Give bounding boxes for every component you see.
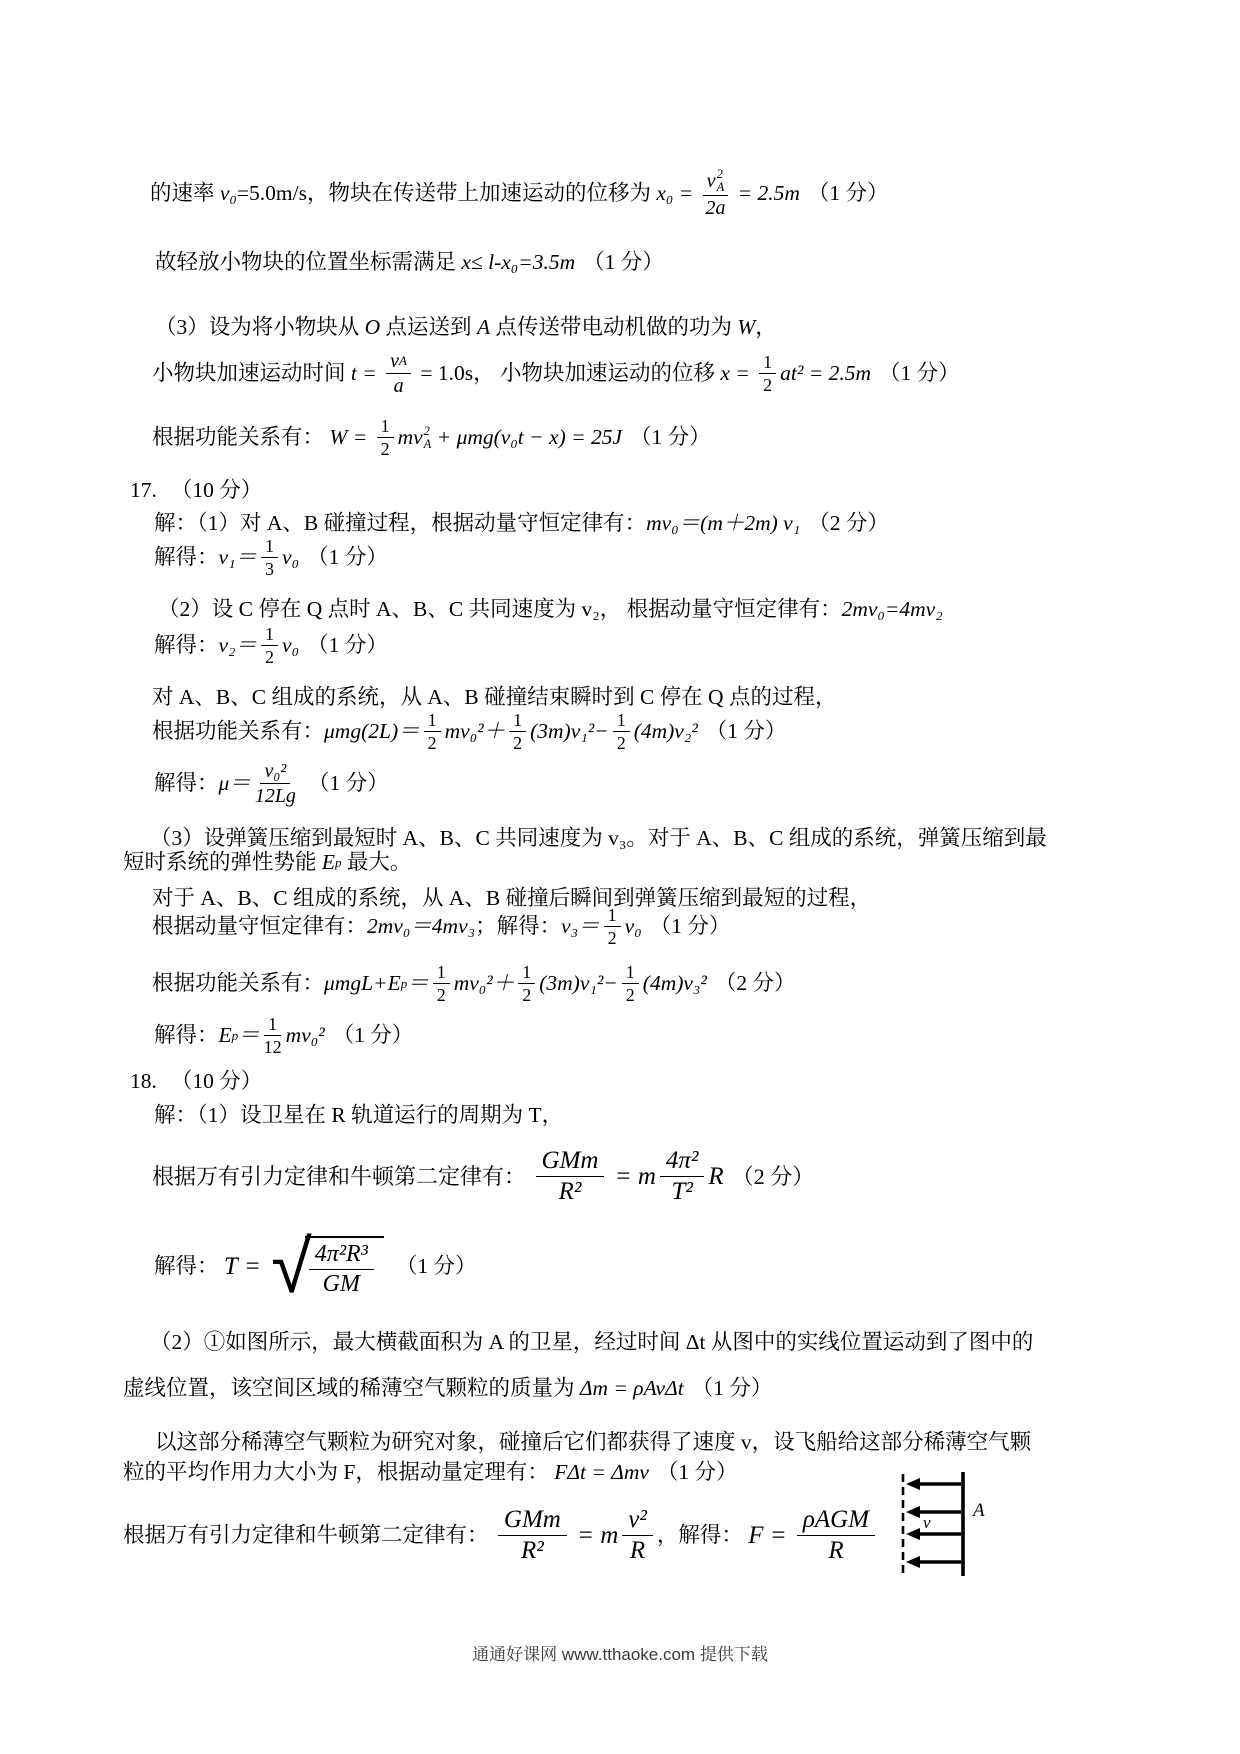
fraction: 12 xyxy=(759,352,776,395)
math-run: E xyxy=(219,1021,232,1050)
fraction: 13 xyxy=(261,536,278,579)
score-label: （1 分） xyxy=(692,1374,773,1403)
frac-num: vA xyxy=(386,350,411,374)
score-label: （1 分） xyxy=(333,1021,414,1050)
fraction: 112 xyxy=(264,1014,282,1057)
text-run: 粒的平均作用力大小为 F，根据动量定理有： xyxy=(123,1458,554,1487)
frac-num: ρAGM xyxy=(797,1506,875,1536)
text-run: 点传送带电动机做的功为 xyxy=(490,313,737,342)
frac-den: 2 xyxy=(265,646,274,667)
math-run: v xyxy=(390,350,399,372)
math-run: A xyxy=(477,313,490,342)
math-run: = xyxy=(730,359,755,388)
math-run: x xyxy=(720,359,730,388)
frac-den: R xyxy=(624,1536,651,1565)
frac-num: 1 xyxy=(622,962,639,984)
math-run: x≤ l-x₀=3.5m xyxy=(461,248,575,277)
math-run: Δm = ρAvΔt xyxy=(580,1374,684,1403)
satellite-drag-diagram: v A xyxy=(893,1470,1003,1578)
subscript: A xyxy=(717,181,725,194)
math-run: (3m)v₁²− xyxy=(530,717,609,746)
frac-num: 1 xyxy=(264,1014,281,1036)
line-q18-part1: 解：（1）设卫星在 R 轨道运行的周期为 T， xyxy=(154,1101,563,1130)
math-run: m xyxy=(600,1519,618,1553)
fraction: 12 xyxy=(518,962,535,1005)
line-q17-header: 17.（10 分） xyxy=(130,476,262,505)
score-label: （2 分） xyxy=(732,1162,815,1192)
fraction: ρAGMR xyxy=(797,1506,875,1565)
line-q18-particles-a: 以这部分稀薄空气颗粒为研究对象，碰撞后它们都获得了速度 v，设飞船给这部分稀薄空… xyxy=(155,1428,1031,1457)
math-run: mv₀＝(m＋2m) v₁ xyxy=(646,509,800,538)
text-run: 根据万有引力定律和牛顿第二定律有： xyxy=(152,1162,532,1192)
math-run: FΔt = Δmv xyxy=(554,1458,649,1487)
frac-num: 1 xyxy=(604,905,621,927)
frac-den: 2 xyxy=(437,984,446,1005)
document-page: 的速率 v₀=5.0m/s，物块在传送带上加速运动的位移为 x₀ = v2A2a… xyxy=(0,0,1240,1754)
fraction: vAa xyxy=(386,350,411,398)
line-q17-v3-result: 根据动量守恒定律有：2mv₀＝4mv₃；解得：v₃＝12v₀（1 分） xyxy=(152,905,730,948)
score-label: （2 分） xyxy=(808,509,889,538)
frac-num: 1 xyxy=(518,962,535,984)
fraction: 12 xyxy=(377,416,394,459)
frac-num: GMm xyxy=(536,1147,605,1177)
frac-den: 2 xyxy=(428,732,437,753)
frac-num: 1 xyxy=(613,710,630,732)
math-run: + xyxy=(431,423,456,452)
frac-num: 1 xyxy=(424,710,441,732)
fraction: 12 xyxy=(622,962,639,1005)
text-run: 根据动量守恒定律有： xyxy=(152,912,367,941)
superscript: 2 xyxy=(424,425,430,438)
score-label: （10 分） xyxy=(171,1067,262,1096)
frac-num: v² xyxy=(622,1506,653,1536)
frac-den: R² xyxy=(553,1177,588,1206)
text-run: 解得： xyxy=(154,1252,224,1281)
subscript: A xyxy=(399,354,407,369)
fraction: 4π²T² xyxy=(660,1147,705,1206)
diagram-canvas xyxy=(893,1470,1003,1578)
fraction: 12 xyxy=(604,905,621,948)
line-q18-gravity-eq: 根据万有引力定律和牛顿第二定律有： GMmR² = m4π²T²R（2 分） xyxy=(152,1147,814,1206)
math-run: (4m)v₃² xyxy=(643,969,707,998)
frac-den: R xyxy=(822,1536,849,1565)
fraction: 12 xyxy=(261,624,278,667)
frac-num: 1 xyxy=(509,710,526,732)
math-run: (3m)v₁²− xyxy=(539,969,618,998)
line-q18-mass-eq: 虚线位置，该空间区域的稀薄空气颗粒的质量为 Δm = ρAvΔt（1 分） xyxy=(123,1374,772,1403)
math-run: v₀ xyxy=(282,543,299,572)
math-run: (4m)v₂² xyxy=(634,717,698,746)
score-label: （2 分） xyxy=(715,969,796,998)
text-run: 根据功能关系有： xyxy=(152,717,324,746)
score-label: （1 分） xyxy=(657,1458,738,1487)
frac-den: T² xyxy=(665,1177,698,1206)
math-run: v₂＝ xyxy=(219,631,258,660)
math-run: mv₀²＋ xyxy=(454,969,515,998)
fraction: v2A2a xyxy=(703,168,729,220)
fraction: 12 xyxy=(509,710,526,753)
fraction: 12 xyxy=(433,962,450,1005)
math-run: mv₀²＋ xyxy=(445,717,506,746)
frac-den: 2 xyxy=(763,374,772,395)
line-velocity-displacement: 的速率 v₀=5.0m/s，物块在传送带上加速运动的位移为 x₀ = v2A2a… xyxy=(150,168,889,220)
text-run: 对 A、B、C 组成的系统，从 A、B 碰撞结束瞬时到 C 停在 Q 点的过程， xyxy=(152,683,836,712)
frac-num: v2A xyxy=(703,168,729,196)
text-run: 解得： xyxy=(154,543,219,572)
score-label: （1 分） xyxy=(307,543,388,572)
math-run: μmgL+ xyxy=(324,969,388,998)
text-run: 小物块加速运动时间 xyxy=(152,359,351,388)
line-q18-momentum-eq: 粒的平均作用力大小为 F，根据动量定理有： FΔt = Δmv（1 分） xyxy=(123,1458,738,1487)
math-run: E xyxy=(322,848,335,877)
frac-num: 4π²R³ xyxy=(309,1241,374,1270)
text-run: = 1.0s， 小物块加速运动的位移 xyxy=(415,359,720,388)
score-label: （1 分） xyxy=(879,359,960,388)
text-run: 根据功能关系有： xyxy=(152,969,324,998)
math-run: v₀ xyxy=(282,631,299,660)
square-root: √4π²R³GM xyxy=(271,1236,384,1298)
score-label: （10 分） xyxy=(171,476,262,505)
math-run: mv xyxy=(398,423,423,452)
frac-den: 2 xyxy=(522,984,531,1005)
text-run: 解得： xyxy=(154,769,219,798)
line-q17-mu-result: 解得：μ＝v₀²12Lg（1 分） xyxy=(154,760,389,808)
fraction: v₀²12Lg xyxy=(255,760,296,808)
fraction: 12 xyxy=(424,710,441,753)
math-run: W xyxy=(737,313,755,342)
math-run: x₀ xyxy=(656,179,673,208)
math-run: v₀ xyxy=(220,179,237,208)
subscript: A xyxy=(424,438,432,451)
line-q18-header: 18.（10 分） xyxy=(130,1067,262,1096)
line-part3-setup: （3）设为将小物块从 O 点运送到 A 点传送带电动机做的功为 W， xyxy=(155,313,777,342)
line-q17-part2: （2）设 C 停在 Q 点时 A、B、C 共同速度为 v₂， 根据动量守恒定律有… xyxy=(158,595,943,624)
score-label: （1 分） xyxy=(307,631,388,660)
sup-sub-stack: 2A xyxy=(424,425,432,451)
text-run: 根据万有引力定律和牛顿第二定律有： xyxy=(123,1521,494,1550)
line-work-energy: 根据功能关系有： W = 12mv2A + μmg(v₀t − x) = 25J… xyxy=(152,416,711,459)
math-run: = 2.5m xyxy=(732,179,800,208)
sqrt-body: 4π²R³GM xyxy=(305,1236,384,1298)
frac-num: 4π² xyxy=(660,1147,705,1177)
frac-den: 3 xyxy=(265,558,274,579)
math-run: μmg(v₀t − x) = 25J xyxy=(457,423,622,452)
frac-den: 12Lg xyxy=(255,784,296,807)
line-accel-time: 小物块加速运动时间 t = vAa = 1.0s， 小物块加速运动的位移 x =… xyxy=(152,350,960,398)
math-run: = xyxy=(673,179,698,208)
math-run: ＝ xyxy=(238,1021,260,1050)
fraction: 4π²R³GM xyxy=(309,1241,374,1298)
velocity-arrows xyxy=(906,1478,961,1568)
fraction: v²R xyxy=(622,1506,653,1565)
line-q18-force-result: 根据万有引力定律和牛顿第二定律有： GMmR² = mv²R，解得： F = ρ… xyxy=(123,1506,879,1565)
line-position-condition: 故轻放小物块的位置坐标需满足 x≤ l-x₀=3.5m（1 分） xyxy=(155,248,664,277)
text-run: ；解得： xyxy=(475,912,561,941)
area-label: A xyxy=(973,1500,985,1522)
math-run: at² xyxy=(780,359,803,388)
score-label: （1 分） xyxy=(630,423,711,452)
line-q17-v1-result: 解得：v₁＝13v₀（1 分） xyxy=(154,536,388,579)
line-q17-system-abc: 对 A、B、C 组成的系统，从 A、B 碰撞结束瞬时到 C 停在 Q 点的过程， xyxy=(152,683,836,712)
math-run: F xyxy=(748,1519,763,1553)
line-q17-part3b: 短时系统的弹性势能 Ep 最大。 xyxy=(123,848,411,877)
text-run: ， xyxy=(755,313,777,342)
math-run: = xyxy=(347,423,372,452)
frac-num: 1 xyxy=(759,352,776,374)
text-run: 解：（1）对 A、B 碰撞过程，根据动量守恒定律有： xyxy=(154,509,646,538)
line-q18-part2a: （2）①如图所示，最大横截面积为 A 的卫星，经过时间 Δt 从图中的实线位置运… xyxy=(150,1328,1033,1357)
frac-num: v₀² xyxy=(260,760,290,784)
text-run: （2）设 C 停在 Q 点时 A、B、C 共同速度为 v₂， 根据动量守恒定律有… xyxy=(158,595,842,624)
math-run: m xyxy=(638,1160,656,1194)
score-label: （1 分） xyxy=(308,769,389,798)
math-run: = xyxy=(571,1519,600,1553)
line-q17-ep-eq: 根据功能关系有：μmgL+Ep＝12mv₀²＋12(3m)v₁²−12(4m)v… xyxy=(152,962,796,1005)
fraction: 12 xyxy=(613,710,630,753)
frac-num: 1 xyxy=(261,624,278,646)
math-run: = xyxy=(357,359,382,388)
math-run: 2mv₀=4mv₂ xyxy=(842,595,943,624)
math-run: 2mv₀＝4mv₃ xyxy=(367,912,475,941)
text-run: 故轻放小物块的位置坐标需满足 xyxy=(155,248,461,277)
score-label: （1 分） xyxy=(808,179,889,208)
text-run: 根据功能关系有： xyxy=(152,423,329,452)
text-run: =5.0m/s，物块在传送带上加速运动的位移为 xyxy=(237,179,656,208)
math-run: mv₀² xyxy=(286,1021,325,1050)
line-q17-part1: 解：（1）对 A、B 碰撞过程，根据动量守恒定律有：mv₀＝(m＋2m) v₁（… xyxy=(154,509,889,538)
text-run: 以这部分稀薄空气颗粒为研究对象，碰撞后它们都获得了速度 v，设飞船给这部分稀薄空… xyxy=(155,1428,1031,1457)
math-run: W xyxy=(329,423,347,452)
frac-num: 1 xyxy=(261,536,278,558)
footer-watermark: 通通好课网 www.tthaoke.com 提供下载 xyxy=(0,1640,1240,1665)
line-q18-period-result: 解得： T = √4π²R³GM（1 分） xyxy=(154,1236,477,1298)
frac-num: GMm xyxy=(498,1506,567,1536)
math-run: = 2.5m xyxy=(803,359,871,388)
frac-den: 12 xyxy=(264,1036,282,1057)
text-run: 点运送到 xyxy=(380,313,477,342)
line-q17-energy-eq: 根据功能关系有：μmg(2L)＝12mv₀²＋12(3m)v₁²−12(4m)v… xyxy=(152,710,786,753)
score-label: （1 分） xyxy=(650,912,731,941)
frac-den: 2 xyxy=(608,927,617,948)
text-run: （3）设为将小物块从 xyxy=(155,313,365,342)
line-q17-ep-result: 解得：Ep＝112mv₀²（1 分） xyxy=(154,1014,413,1057)
frac-num: 1 xyxy=(377,416,394,438)
text-run: 短时系统的弹性势能 xyxy=(123,848,322,877)
frac-den: 2a xyxy=(705,196,725,219)
math-run: μmg(2L)＝ xyxy=(324,717,420,746)
math-run: v₁＝ xyxy=(219,543,258,572)
text-run: 最大。 xyxy=(342,848,412,877)
math-run: T xyxy=(224,1250,238,1284)
text-run: 解得： xyxy=(154,1021,219,1050)
question-number: 18. xyxy=(130,1067,157,1096)
math-run: ＝ xyxy=(407,969,429,998)
fraction: GMmR² xyxy=(498,1506,567,1565)
math-run: O xyxy=(365,313,381,342)
math-run: = xyxy=(238,1250,267,1284)
velocity-label: v xyxy=(923,1513,931,1533)
math-run: v₀ xyxy=(625,912,642,941)
frac-den: GM xyxy=(317,1270,366,1298)
text-run: 解得： xyxy=(154,631,219,660)
question-number: 17. xyxy=(130,476,157,505)
frac-num: 1 xyxy=(433,962,450,984)
text-run: ，解得： xyxy=(657,1521,748,1550)
fraction: GMmR² xyxy=(536,1147,605,1206)
math-run: R xyxy=(708,1160,723,1194)
frac-den: R² xyxy=(515,1536,550,1565)
score-label: （1 分） xyxy=(583,248,664,277)
frac-den: 2 xyxy=(513,732,522,753)
math-run: v xyxy=(707,170,716,192)
text-run: 解：（1）设卫星在 R 轨道运行的周期为 T， xyxy=(154,1101,563,1130)
line-q17-v2-result: 解得：v₂＝12v₀（1 分） xyxy=(154,624,388,667)
frac-den: 2 xyxy=(381,438,390,459)
math-run: = xyxy=(764,1519,793,1553)
text-run: （2）①如图所示，最大横截面积为 A 的卫星，经过时间 Δt 从图中的实线位置运… xyxy=(150,1328,1033,1357)
text-run: 的速率 xyxy=(150,179,220,208)
score-label: （1 分） xyxy=(706,717,787,746)
math-run: μ＝ xyxy=(219,769,251,798)
math-run: E xyxy=(388,969,401,998)
frac-den: 2 xyxy=(626,984,635,1005)
sup-sub-stack: 2A xyxy=(717,168,725,194)
math-run: v₃＝ xyxy=(561,912,600,941)
frac-den: 2 xyxy=(617,732,626,753)
text-run: 虚线位置，该空间区域的稀薄空气颗粒的质量为 xyxy=(123,1374,580,1403)
math-run: = xyxy=(608,1160,637,1194)
frac-den: a xyxy=(394,374,404,397)
score-label: （1 分） xyxy=(396,1252,477,1281)
